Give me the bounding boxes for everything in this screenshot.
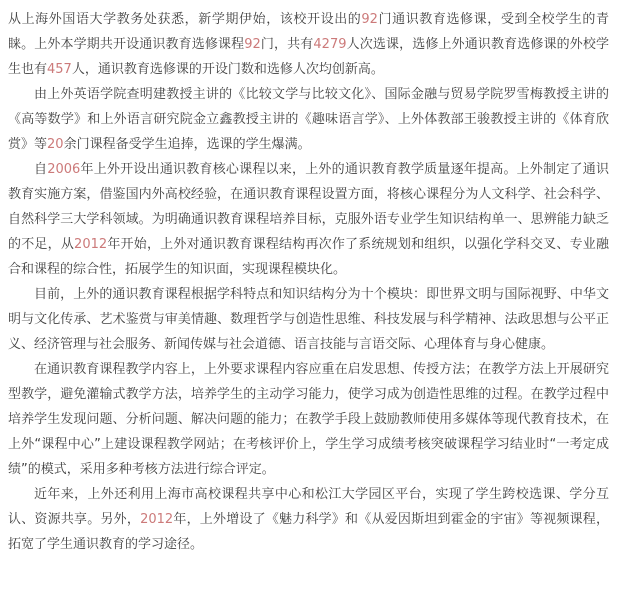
paragraph: 由上外英语学院查明建教授主讲的《比较文学与比较文化》、国际金融与贸易学院罗雪梅教…	[8, 82, 609, 157]
text-segment: 人，通识教育选修课的开设门数和选修人次均创新高。	[72, 62, 384, 77]
number-highlight: 20	[47, 137, 64, 152]
article-body: 从上海外国语大学教务处获悉，新学期伊始，该校开设出的92门通识教育选修课，受到全…	[8, 0, 609, 557]
text-segment: 余门课程备受学生追捧，选课的学生爆满。	[64, 137, 311, 152]
text-segment: 目前，上外的通识教育课程根据学科特点和知识结构分为十个模块：即世界文明与国际视野…	[8, 287, 609, 352]
paragraph: 在通识教育课程教学内容上，上外要求课程内容应重在启发思想、传授方法；在教学方法上…	[8, 357, 609, 482]
paragraph: 目前，上外的通识教育课程根据学科特点和知识结构分为十个模块：即世界文明与国际视野…	[8, 282, 609, 357]
paragraph: 从上海外国语大学教务处获悉，新学期伊始，该校开设出的92门通识教育选修课，受到全…	[8, 7, 609, 82]
number-highlight: 457	[47, 62, 72, 77]
text-segment: 从上海外国语大学教务处获悉，新学期伊始，该校开设出的	[8, 12, 361, 27]
number-highlight: 4279	[313, 37, 346, 52]
number-highlight: 2006	[47, 162, 80, 177]
paragraph: 近年来，上外还利用上海市高校课程共享中心和松江大学园区平台，实现了学生跨校选课、…	[8, 482, 609, 557]
number-highlight: 2012	[74, 237, 107, 252]
text-segment: 在通识教育课程教学内容上，上外要求课程内容应重在启发思想、传授方法；在教学方法上…	[8, 362, 609, 477]
paragraph: 自2006年上外开设出通识教育核心课程以来，上外的通识教育教学质量逐年提高。上外…	[8, 157, 609, 282]
number-highlight: 92	[361, 12, 378, 27]
number-highlight: 92	[244, 37, 261, 52]
text-segment: 门，共有	[261, 37, 314, 52]
text-segment: 自	[34, 162, 47, 177]
number-highlight: 2012	[140, 512, 173, 527]
